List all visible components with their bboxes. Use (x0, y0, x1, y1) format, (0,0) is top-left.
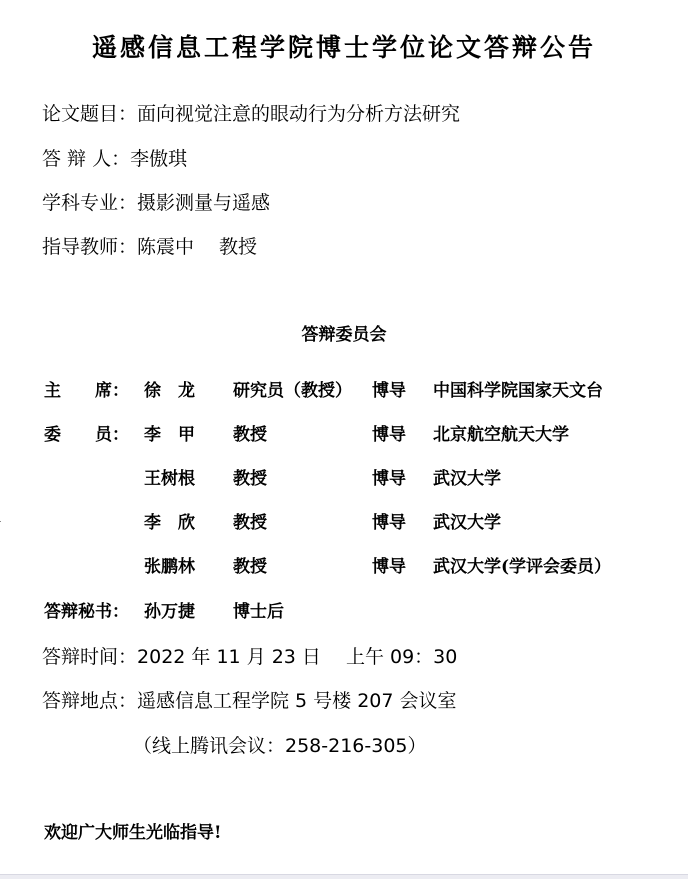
member-title: 教授 (233, 467, 267, 491)
defense-time-label: 答辩时间： (42, 646, 137, 668)
artifact-dot (0, 521, 1, 522)
committee-row: 王树根 教授 博导 武汉大学 (0, 467, 688, 491)
member-name: 王树根 (144, 467, 195, 491)
candidate-value: 李傲琪 (130, 148, 187, 170)
committee-heading: 答辩委员会 (0, 323, 688, 347)
member-name: 张鹏林 (144, 555, 195, 579)
secretary-name: 孙万捷 (144, 600, 195, 624)
secretary-label: 答辩秘书： (44, 600, 129, 624)
member-supervisor: 博导 (372, 423, 406, 447)
major-line: 学科专业：摄影测量与遥感 (42, 190, 270, 216)
member-title: 研究员（教授） (233, 379, 352, 403)
member-org: 中国科学院国家天文台 (433, 379, 603, 403)
member-name: 徐 龙 (144, 379, 195, 403)
thesis-title-line: 论文题目：面向视觉注意的眼动行为分析方法研究 (42, 101, 460, 127)
closing-text: 欢迎广大师生光临指导! (44, 821, 221, 845)
member-role: 主 席： (44, 379, 129, 403)
member-role: 委 员： (44, 423, 129, 447)
online-meeting-info: （线上腾讯会议：258-216-305） (133, 733, 427, 759)
member-title: 教授 (233, 511, 267, 535)
advisor-line: 指导教师：陈震中 教授 (42, 234, 257, 260)
member-title: 教授 (233, 423, 267, 447)
document-title: 遥感信息工程学院博士学位论文答辩公告 (0, 30, 688, 66)
defense-place-line: 答辩地点：遥感信息工程学院 5 号楼 207 会议室 (42, 688, 457, 714)
defense-place-value: 遥感信息工程学院 5 号楼 207 会议室 (137, 690, 457, 712)
member-org: 北京航空航天大学 (433, 423, 569, 447)
secretary-title: 博士后 (233, 600, 284, 624)
committee-row: 张鹏林 教授 博导 武汉大学(学评会委员） (0, 555, 688, 579)
defense-place-label: 答辩地点： (42, 690, 137, 712)
committee-row: 委 员： 李 甲 教授 博导 北京航空航天大学 (0, 423, 688, 447)
member-supervisor: 博导 (372, 379, 406, 403)
major-label: 学科专业： (42, 192, 137, 214)
thesis-title-value: 面向视觉注意的眼动行为分析方法研究 (137, 103, 460, 125)
defense-time-value: 2022 年 11 月 23 日 上午 09：30 (137, 646, 457, 668)
member-supervisor: 博导 (372, 511, 406, 535)
secretary-row: 答辩秘书： 孙万捷 博士后 (0, 600, 688, 624)
member-supervisor: 博导 (372, 467, 406, 491)
member-name: 李 甲 (144, 423, 195, 447)
candidate-label: 答 辩 人： (42, 148, 130, 170)
member-supervisor: 博导 (372, 555, 406, 579)
thesis-title-label: 论文题目： (42, 103, 137, 125)
candidate-line: 答 辩 人：李傲琪 (42, 146, 187, 172)
member-org: 武汉大学(学评会委员） (433, 555, 611, 579)
member-name: 李 欣 (144, 511, 195, 535)
advisor-label: 指导教师： (42, 236, 137, 258)
advisor-value: 陈震中 教授 (137, 236, 257, 258)
page-bottom-border (0, 874, 688, 879)
closing-row: 欢迎广大师生光临指导! (0, 821, 688, 845)
committee-row: 李 欣 教授 博导 武汉大学 (0, 511, 688, 535)
member-title: 教授 (233, 555, 267, 579)
committee-row: 主 席： 徐 龙 研究员（教授） 博导 中国科学院国家天文台 (0, 379, 688, 403)
defense-time-line: 答辩时间：2022 年 11 月 23 日 上午 09：30 (42, 644, 457, 670)
major-value: 摄影测量与遥感 (137, 192, 270, 214)
member-org: 武汉大学 (433, 511, 501, 535)
member-org: 武汉大学 (433, 467, 501, 491)
